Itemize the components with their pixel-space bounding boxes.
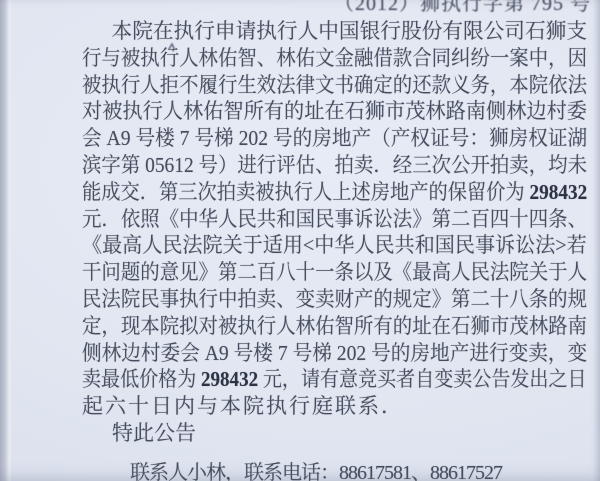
doc-line: 会 A9 号楼 7 号梯 202 号的房地产（产权证号：狮房权证湖 <box>82 125 554 152</box>
doc-line: 滨字第 05612 号）进行评估、拍卖．经三次公开拍卖，均未 <box>82 152 549 179</box>
doc-line: 起六十日内与本院执行庭联系． <box>82 393 587 420</box>
doc-line-text: 会 A9 号楼 7 号梯 202 号的房地产（产权证号：狮房权证湖 <box>82 126 587 150</box>
case-number: （2012）狮执行字第 795 号 <box>334 0 591 16</box>
doc-line-text: 卖最低价格为 <box>82 367 201 391</box>
doc-line-text: 起六十日内与本院执行庭联系． <box>82 394 404 418</box>
announcement-body: 本院在执行申请执行人中国银行股份有限公司石狮支 行与被执行人林佑智、林佑文金融借… <box>82 18 587 481</box>
doc-line: 定，现本院拟对被执行人林佑智所有的址在石狮市茂林路南 <box>82 313 549 340</box>
doc-line: 元．依照《中华人民共和国民事诉讼法》第二百四十四条、 <box>82 206 549 233</box>
reserve-price-value: 298432 <box>529 180 587 204</box>
closing-statement: 特此公告 <box>82 420 587 447</box>
doc-line-text: 干问题的意见》第二百八十一条以及《最高人民法院关于人 <box>82 260 587 284</box>
doc-line: 行与被执行人林佑智、林佑文金融借款合同纠纷一案中，因 <box>82 45 549 72</box>
doc-line-text: 行与被执行人林佑智、林佑文金融借款合同纠纷一案中，因 <box>82 46 587 70</box>
doc-line: 侧林边村委会 A9 号楼 7 号梯 202 号的房地产进行变卖，变 <box>82 340 554 367</box>
paper-right-edge-shadow <box>593 0 600 481</box>
doc-line-text: 定，现本院拟对被执行人林佑智所有的址在石狮市茂林路南 <box>82 314 587 338</box>
doc-line-text: 民法院民事执行中拍卖、变卖财产的规定》第二十八条的规 <box>82 287 587 311</box>
doc-line-text: 侧林边村委会 A9 号楼 7 号梯 202 号的房地产进行变卖，变 <box>82 341 587 365</box>
paper-left-edge-shadow <box>0 0 12 481</box>
doc-line-text: 滨字第 05612 号）进行评估、拍卖．经三次公开拍卖，均未 <box>82 153 587 177</box>
doc-line-text: 被执行人拒不履行生效法律文书确定的还款义务，本院依法 <box>82 73 587 97</box>
doc-line: 卖最低价格为 298432 元，请有意竞买者自变卖公告发出之日 <box>82 366 540 393</box>
doc-line: 民法院民事执行中拍卖、变卖财产的规定》第二十八条的规 <box>82 286 549 313</box>
doc-line: 干问题的意见》第二百八十一条以及《最高人民法院关于人 <box>82 259 549 286</box>
resale-min-price-value: 298432 <box>201 367 258 391</box>
doc-line: 本院在执行申请执行人中国银行股份有限公司石狮支 <box>82 18 579 45</box>
photographed-court-notice: （2012）狮执行字第 795 号 本院在执行申请执行人中国银行股份有限公司石狮… <box>0 0 600 481</box>
doc-line: 被执行人拒不履行生效法律文书确定的还款义务，本院依法 <box>82 72 549 99</box>
doc-line-text: 《最高人民法院关于适用<中华人民共和国民事诉讼法>若 <box>82 233 587 257</box>
ink-smudge <box>168 42 178 53</box>
doc-line: 《最高人民法院关于适用<中华人民共和国民事诉讼法>若 <box>82 232 565 259</box>
doc-line-text: 对被执行人林佑智所有的址在石狮市茂林路南侧林边村委 <box>82 99 587 123</box>
doc-line-text: 能成交．第三次拍卖被执行人上述房地产的保留价为 <box>82 180 529 204</box>
contact-line: 联系人小林，联系电话：88617581、88617527 <box>82 460 587 481</box>
doc-line: 对被执行人林佑智所有的址在石狮市茂林路南侧林边村委 <box>82 98 568 125</box>
doc-line-text: 元，请有意竞买者自变卖公告发出之日 <box>258 367 586 391</box>
doc-line-text: 本院在执行申请执行人中国银行股份有限公司石狮支 <box>112 19 587 43</box>
closing-text: 特此公告 <box>112 421 196 445</box>
doc-line-text: 元．依照《中华人民共和国民事诉讼法》第二百四十四条、 <box>82 207 587 231</box>
doc-line: 能成交．第三次拍卖被执行人上述房地产的保留价为 298432 <box>82 179 545 206</box>
